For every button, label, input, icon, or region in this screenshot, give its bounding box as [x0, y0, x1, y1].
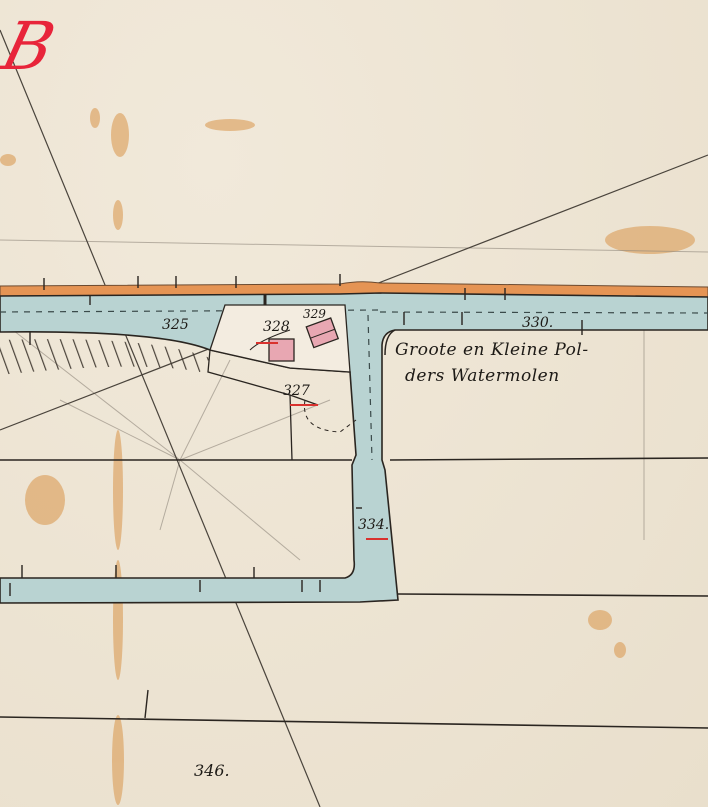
- paper-stains: [0, 108, 695, 805]
- parcel-label-329: 329: [303, 308, 326, 320]
- hatched-embankment: [0, 339, 210, 375]
- parcel-label-327: 327: [283, 384, 310, 398]
- parcel-label-325: 325: [162, 318, 189, 332]
- place-name-line-1: Groote en Kleine Pol-: [395, 342, 589, 359]
- parcel-334-red-underline: [366, 538, 388, 540]
- water-channel-main: [0, 293, 708, 603]
- cadastral-map: B 325 328 329 327 330. 334. 346. Groote …: [0, 0, 708, 807]
- parcel-label-328: 328: [263, 320, 290, 334]
- place-name-line-2: ders Watermolen: [405, 368, 560, 385]
- parcel-label-334: 334.: [358, 518, 389, 532]
- parcel-label-346: 346.: [194, 763, 230, 779]
- parcel-label-330: 330.: [522, 316, 553, 330]
- parcel-327-red-underline: [290, 404, 318, 406]
- map-linework: [0, 0, 708, 807]
- parcel-328-red-underline: [256, 342, 278, 344]
